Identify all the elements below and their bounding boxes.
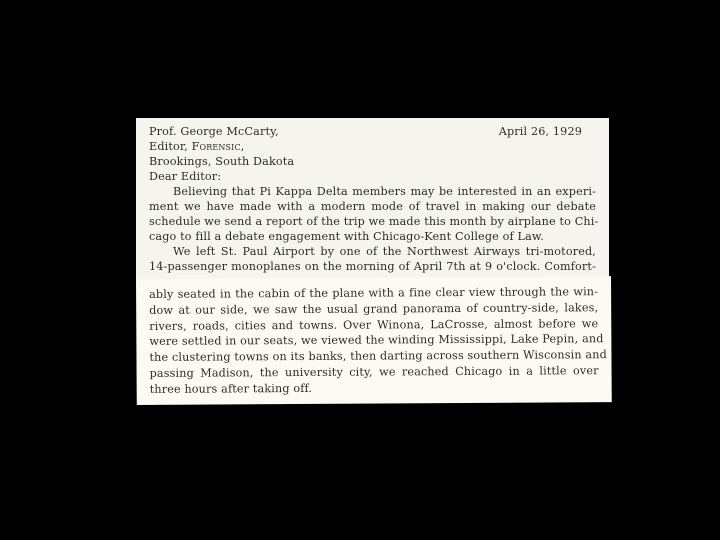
letter-clipping-top: Prof. George McCarty, April 26, 1929 Edi… (136, 118, 609, 279)
recipient-name: Prof. George McCarty, (149, 124, 279, 139)
recipient-publication: Forensic (192, 140, 241, 153)
text-line: ment we have made with a modern mode of … (149, 199, 596, 214)
text-line: 14-passenger monoplanes on the morning o… (149, 259, 596, 274)
recipient-title-suffix: , (241, 140, 245, 153)
letter-header: Prof. George McCarty, April 26, 1929 (149, 124, 596, 139)
text-line: We left St. Paul Airport by one of the N… (149, 244, 596, 259)
paragraph-intro: Believing that Pi Kappa Delta members ma… (149, 184, 596, 244)
paragraph-trip-continued: ably seated in the cabin of the plane wi… (149, 284, 599, 397)
paragraph-trip-start: We left St. Paul Airport by one of the N… (149, 244, 596, 274)
text-line: Believing that Pi Kappa Delta members ma… (149, 184, 596, 199)
text-line: passing Madison, the university city, we… (150, 363, 599, 382)
letter-date: April 26, 1929 (499, 124, 596, 139)
letter-clipping-bottom: ably seated in the cabin of the plane wi… (136, 276, 612, 405)
text-line: three hours after taking off. (150, 379, 599, 398)
text-line: schedule we send a report of the trip we… (149, 214, 596, 229)
recipient-location: Brookings, South Dakota (149, 154, 596, 169)
recipient-title: Editor, Forensic, (149, 139, 596, 154)
recipient-title-prefix: Editor, (149, 140, 192, 153)
salutation: Dear Editor: (149, 169, 596, 184)
text-line: cago to fill a debate engagement with Ch… (149, 229, 596, 244)
